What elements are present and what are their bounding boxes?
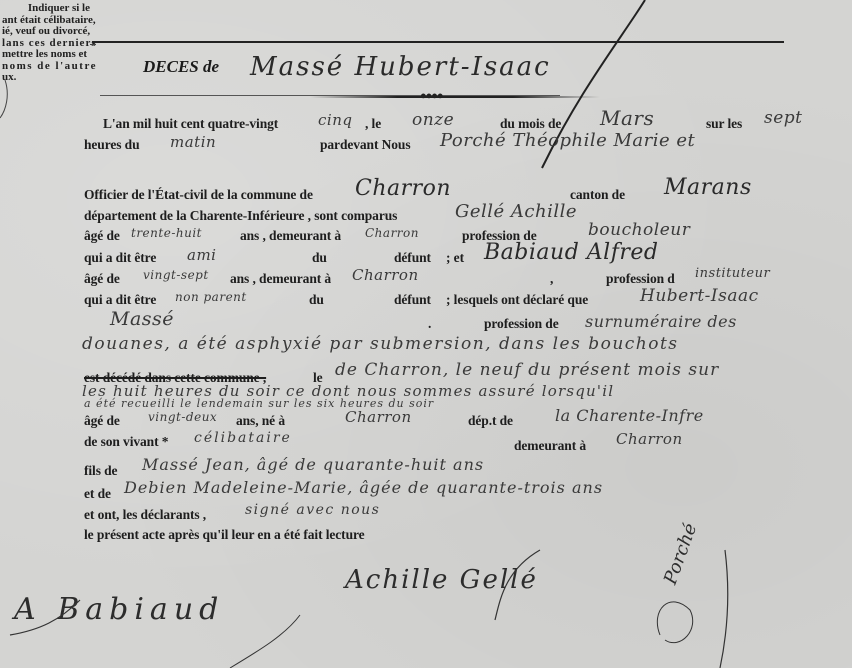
month-value: Mars — [600, 106, 654, 130]
text-line-2: heures du — [84, 137, 140, 153]
declarant2-age: vingt-sept — [143, 268, 209, 282]
time-of-day-value: matin — [170, 133, 216, 151]
text-line-6b: du — [312, 250, 327, 266]
father-name-age: Massé Jean, âgé de quarante-huit ans — [142, 455, 484, 474]
deceased-profession: surnuméraire des — [585, 312, 737, 331]
text-line-13b: ans, né à — [236, 413, 285, 429]
text-line-7: âgé de — [84, 271, 120, 287]
signed-statement: signé avec nous — [245, 502, 380, 518]
text-line-5b: ans , demeurant à — [240, 228, 341, 244]
margin-curve-stroke — [0, 80, 20, 120]
text-line-8c: défunt — [394, 292, 431, 308]
mother-name-age: Debien Madeleine-Marie, âgée de quarante… — [124, 478, 603, 497]
text-line-8b: du — [309, 292, 324, 308]
text-line-1d: sur les — [706, 116, 742, 132]
margin-note-line: ié, veuf ou divorcé, — [2, 26, 90, 38]
text-line-16: et de — [84, 486, 111, 502]
deceased-name-heading: Massé Hubert-Isaac — [250, 52, 551, 82]
deceased-last-name: Massé — [110, 308, 174, 330]
text-line-8d: ; lesquels ont déclaré que — [446, 292, 588, 308]
year-value: cinq — [318, 111, 352, 129]
text-line-15: fils de — [84, 463, 117, 479]
text-line-9b: profession de — [484, 316, 559, 332]
text-line-7d: profession d — [606, 271, 675, 287]
text-line-3b: canton de — [570, 187, 625, 203]
deceased-age: vingt-deux — [148, 410, 217, 424]
text-line-14b: demeurant à — [514, 438, 586, 454]
signature-flourishes — [0, 540, 852, 668]
text-line-7b: ans , demeurant à — [230, 271, 331, 287]
margin-note-line: mettre les noms et — [2, 49, 90, 61]
text-line-1: L'an mil huit cent quatre-vingt — [103, 116, 278, 132]
day-value: onze — [412, 110, 454, 130]
margin-note-line: Indiquer si le — [2, 3, 90, 15]
text-line-13c: dép.t de — [468, 413, 513, 429]
text-line-13: âgé de — [84, 413, 120, 429]
declarant2-relation: non parent — [175, 290, 247, 304]
deceased-first-names: Hubert-Isaac — [640, 286, 759, 306]
text-line-9a: . — [428, 316, 431, 332]
text-line-8: qui a dit être — [84, 292, 156, 308]
declarant1-residence: Charron — [365, 226, 419, 240]
declarant2-residence: Charron — [352, 266, 419, 284]
declarant1-relation: ami — [187, 246, 216, 264]
header-top-rule — [92, 41, 784, 43]
commune-value: Charron — [355, 176, 451, 201]
text-line-6: qui a dit être — [84, 250, 156, 266]
declarant2-profession: instituteur — [695, 266, 770, 281]
declarant1-profession: boucholeur — [588, 220, 690, 240]
header-rule-short — [90, 44, 96, 45]
text-line-6d: ; et — [446, 250, 464, 266]
deceased-department: la Charente-Infre — [555, 406, 704, 425]
text-line-7c: , — [550, 271, 553, 287]
document-title: DECES de — [143, 57, 219, 77]
declarant1-age: trente-huit — [131, 226, 202, 240]
text-line-14: de son vivant * — [84, 434, 168, 450]
deceased-residence: Charron — [616, 430, 683, 448]
deceased-birthplace: Charron — [345, 408, 412, 426]
hour-value: sept — [764, 108, 803, 128]
death-circumstances-line-2: de Charron, le neuf du présent mois sur — [335, 360, 719, 380]
text-line-2b: pardevant Nous — [320, 137, 411, 153]
marital-status: célibataire — [194, 430, 292, 446]
text-line-3: Officier de l'État-civil de la commune d… — [84, 187, 313, 203]
text-line-6c: défunt — [394, 250, 431, 266]
canton-value: Marans — [664, 175, 752, 200]
declarant1-name: Gellé Achille — [455, 201, 577, 222]
declarant2-name: Babiaud Alfred — [484, 240, 658, 265]
margin-instruction-note: Indiquer si le ant était célibataire, ié… — [2, 3, 90, 84]
death-circumstances-line-1: douanes, a été asphyxié par submersion, … — [82, 334, 679, 354]
text-line-1b: , le — [365, 116, 381, 132]
text-line-4: département de la Charente-Inférieure , … — [84, 208, 397, 224]
officer-name: Porché Théophile Marie et — [440, 130, 695, 151]
ornament-dots: ●●●● — [420, 90, 443, 102]
text-line-17: et ont, les déclarants , — [84, 507, 206, 523]
text-line-5: âgé de — [84, 228, 120, 244]
